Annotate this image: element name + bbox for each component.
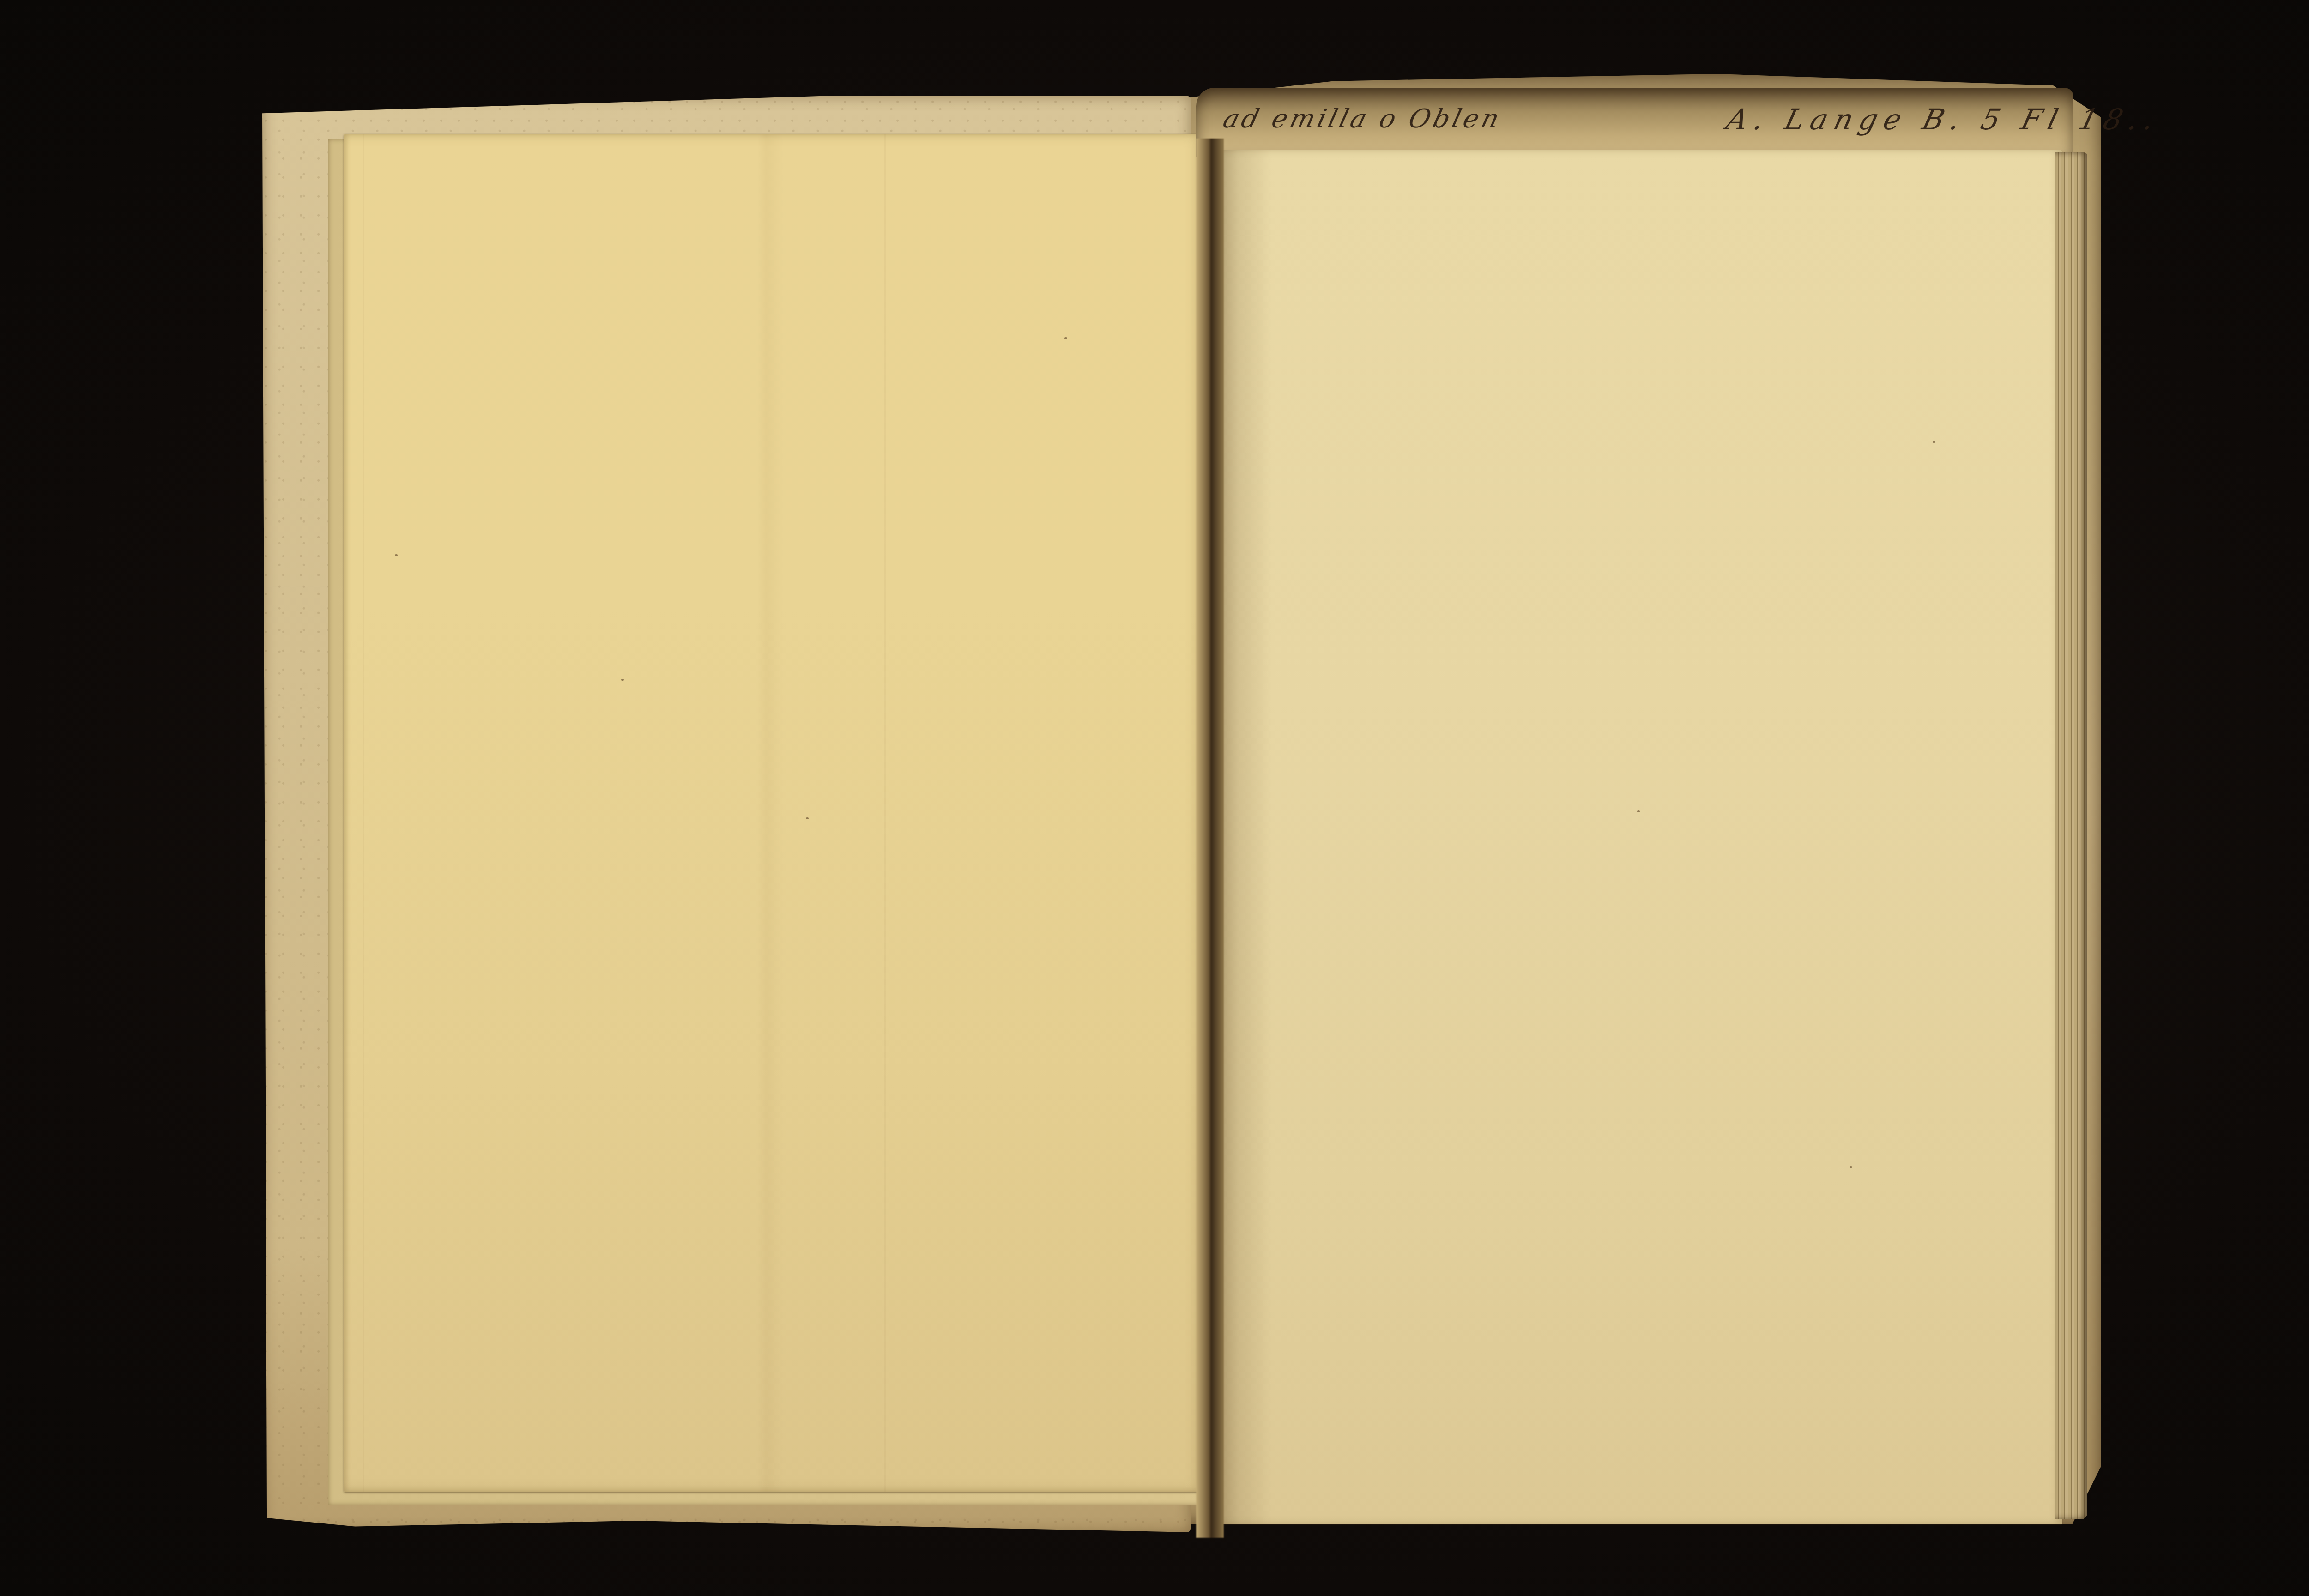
handwritten-annotation-right: A. Lange B. 5 Fl 18..: [1723, 103, 2164, 136]
left-page: [344, 134, 1205, 1492]
paper-speck: [1064, 337, 1067, 339]
paper-speck: [1850, 1166, 1852, 1168]
paper-speck: [395, 554, 398, 556]
handwritten-annotation-left: ad emilla o Oblen: [1220, 104, 1505, 134]
paper-speck: [1933, 441, 1935, 443]
page-fold-line: [884, 134, 886, 1492]
paper-speck: [621, 679, 624, 681]
paper-speck: [1637, 810, 1640, 812]
right-page: [1212, 150, 2062, 1524]
paper-speck: [806, 817, 809, 819]
right-page-edge-stack: [2055, 152, 2087, 1519]
photo-scene: ad emilla o Oblen A. Lange B. 5 Fl 18..: [0, 0, 2309, 1596]
page-fold-line: [363, 134, 364, 1492]
book-gutter: [1196, 139, 1224, 1538]
